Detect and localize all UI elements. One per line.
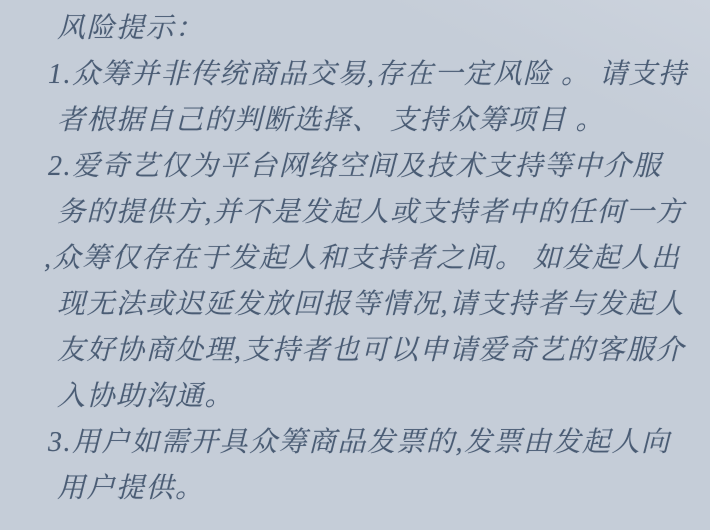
risk-notice-panel: 风险提示： 1.众筹并非传统商品交易,存在一定风险 。 请支持 者根据自己的判断… — [0, 0, 710, 530]
risk-line-3: 2.爱奇艺仅为平台网络空间及技术支持等中介服 — [48, 144, 670, 190]
risk-line-9: 3.用户如需开具众筹商品发票的,发票由发起人向 — [48, 420, 670, 466]
risk-line-10: 用户提供。 — [57, 466, 670, 512]
risk-line-4: 务的提供方,并不是发起人或支持者中的任何一方 — [57, 190, 670, 236]
risk-line-6: 现无法或迟延发放回报等情况,请支持者与发起人 — [57, 282, 670, 328]
risk-line-2: 者根据自己的判断选择、 支持众筹项目 。 — [57, 98, 670, 144]
risk-line-1: 1.众筹并非传统商品交易,存在一定风险 。 请支持 — [48, 52, 670, 98]
risk-line-7: 友好协商处理,支持者也可以申请爱奇艺的客服介 — [57, 328, 670, 374]
risk-notice-title: 风险提示： — [57, 6, 670, 52]
risk-line-8: 入协助沟通。 — [57, 374, 670, 420]
risk-line-5: ,众筹仅存在于发起人和支持者之间。 如发起人出 — [44, 236, 670, 282]
